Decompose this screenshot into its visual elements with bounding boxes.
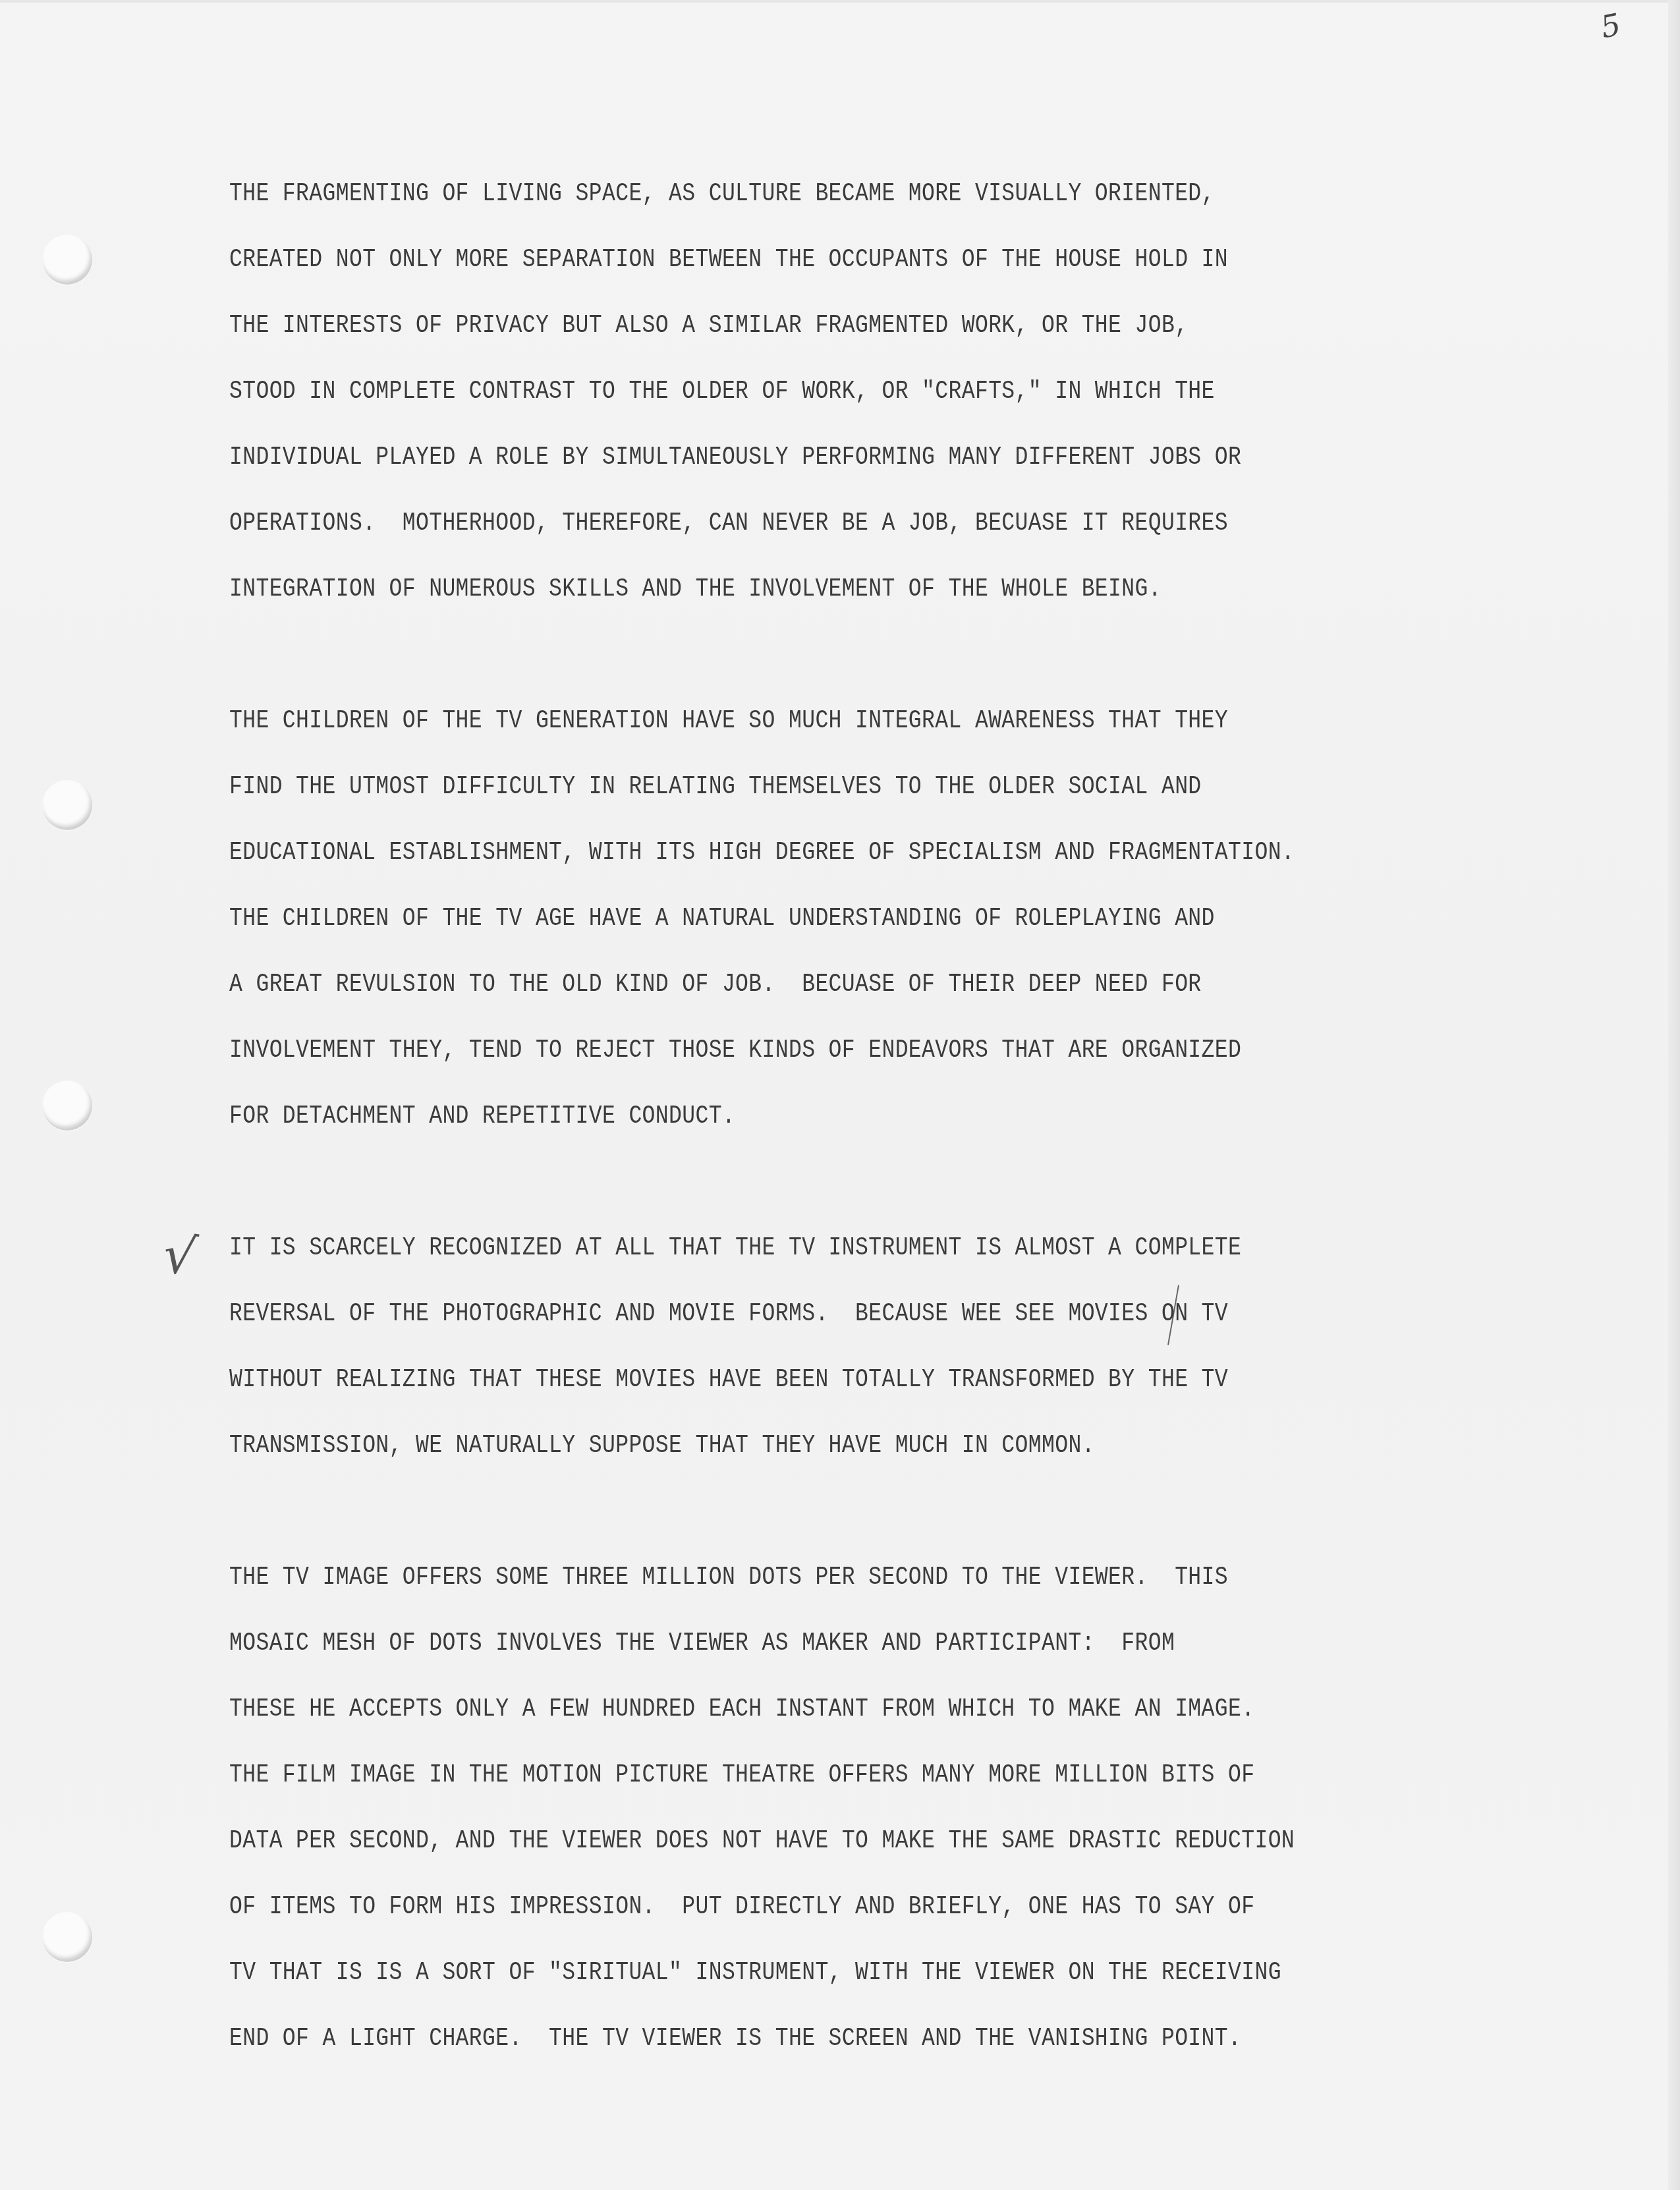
text-line: THE TV IMAGE OFFERS SOME THREE MILLION D… — [229, 1563, 1228, 1592]
text-line: DATA PER SECOND, AND THE VIEWER DOES NOT… — [229, 1826, 1295, 1855]
text-line: THESE HE ACCEPTS ONLY A FEW HUNDRED EACH… — [229, 1695, 1254, 1724]
text-line: A GREAT REVULSION TO THE OLD KIND OF JOB… — [229, 970, 1202, 999]
text-line: THE CHILDREN OF THE TV GENERATION HAVE S… — [229, 706, 1228, 735]
punch-hole-icon — [42, 235, 92, 285]
text-line: OF ITEMS TO FORM HIS IMPRESSION. PUT DIR… — [229, 1892, 1254, 1921]
text-line: MOSAIC MESH OF DOTS INVOLVES THE VIEWER … — [229, 1629, 1175, 1658]
text-line: END OF A LIGHT CHARGE. THE TV VIEWER IS … — [229, 2024, 1241, 2053]
page-number: 5 — [1598, 7, 1624, 45]
text-line: STOOD IN COMPLETE CONTRAST TO THE OLDER … — [229, 377, 1215, 406]
text-line: WITHOUT REALIZING THAT THESE MOVIES HAVE… — [229, 1365, 1228, 1394]
text-line: REVERSAL OF THE PHOTOGRAPHIC AND MOVIE F… — [229, 1299, 1228, 1328]
text-line: CREATED NOT ONLY MORE SEPARATION BETWEEN… — [229, 245, 1228, 274]
page-top-edge — [0, 0, 1680, 3]
punch-hole-icon — [42, 780, 92, 830]
text-line: INVOLVEMENT THEY, TEND TO REJECT THOSE K… — [229, 1036, 1241, 1065]
text-line: THE CHILDREN OF THE TV AGE HAVE A NATURA… — [229, 904, 1215, 933]
text-line: INTEGRATION OF NUMEROUS SKILLS AND THE I… — [229, 575, 1162, 604]
text-line: INDIVIDUAL PLAYED A ROLE BY SIMULTANEOUS… — [229, 443, 1241, 472]
text-line: THE INTERESTS OF PRIVACY BUT ALSO A SIMI… — [229, 311, 1188, 340]
checkmark-icon: √ — [159, 1225, 200, 1288]
text-line: EDUCATIONAL ESTABLISHMENT, WITH ITS HIGH… — [229, 838, 1295, 867]
document-page: 5 √ THE FRAGMENTING OF LIVING SPACE, AS … — [0, 0, 1680, 2190]
page-right-edge — [1668, 0, 1680, 2190]
text-line: TV THAT IS IS A SORT OF "SIRITUAL" INSTR… — [229, 1958, 1281, 1987]
punch-hole-icon — [42, 1081, 92, 1131]
text-line: IT IS SCARCELY RECOGNIZED AT ALL THAT TH… — [229, 1233, 1241, 1262]
text-line: TRANSMISSION, WE NATURALLY SUPPOSE THAT … — [229, 1431, 1095, 1460]
text-line: FOR DETACHMENT AND REPETITIVE CONDUCT. — [229, 1102, 735, 1131]
text-line: OPERATIONS. MOTHERHOOD, THEREFORE, CAN N… — [229, 509, 1228, 538]
text-line: FIND THE UTMOST DIFFICULTY IN RELATING T… — [229, 772, 1202, 801]
text-line: THE FILM IMAGE IN THE MOTION PICTURE THE… — [229, 1760, 1254, 1789]
punch-hole-icon — [42, 1912, 92, 1962]
text-line: THE FRAGMENTING OF LIVING SPACE, AS CULT… — [229, 179, 1215, 208]
